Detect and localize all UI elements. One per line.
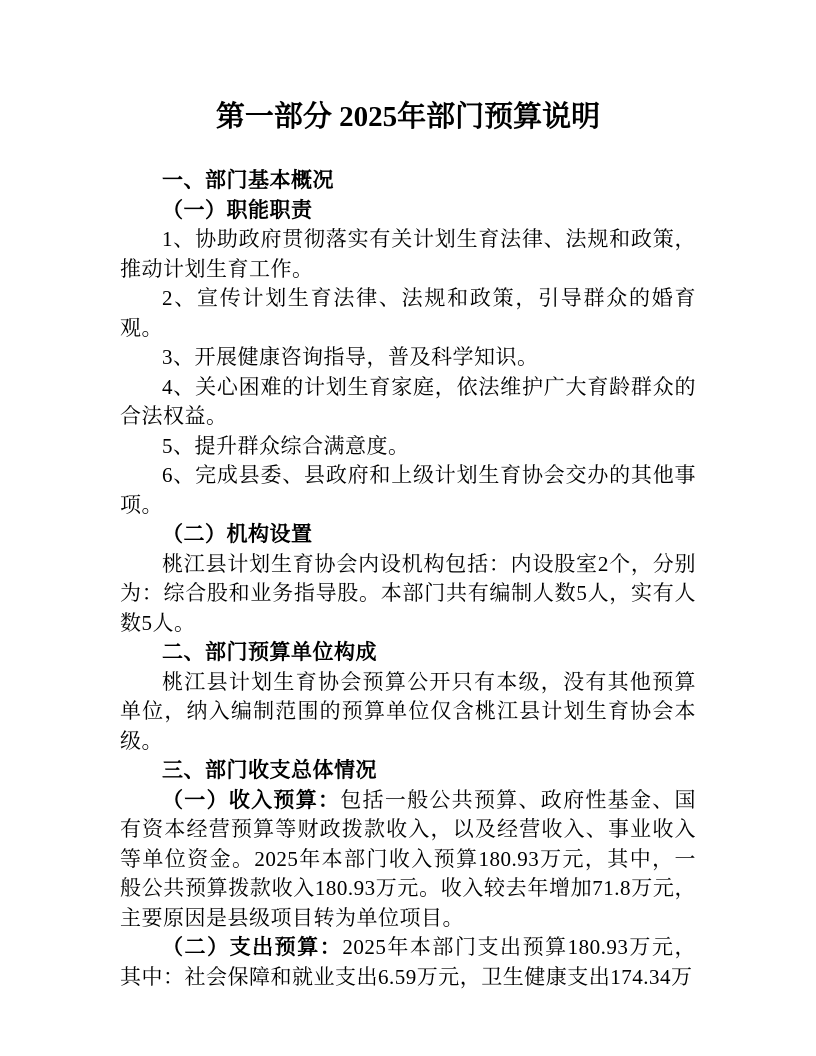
section-heading: 一、部门基本概况: [120, 166, 696, 196]
body-paragraph: （二）支出预算：2025年本部门支出预算180.93万元，其中：社会保障和就业支…: [120, 933, 696, 992]
paragraph-text: 桃江县计划生育协会预算公开只有本级，没有其他预算单位，纳入编制范围的预算单位仅含…: [120, 670, 696, 753]
document-title: 第一部分 2025年部门预算说明: [120, 97, 696, 137]
paragraph-text: 6、完成县委、县政府和上级计划生育协会交办的其他事项。: [120, 463, 696, 517]
section-heading: 二、部门预算单位构成: [120, 638, 696, 668]
body-paragraph: 6、完成县委、县政府和上级计划生育协会交办的其他事项。: [120, 461, 696, 520]
paragraph-text: 2、宣传计划生育法律、法规和政策，引导群众的婚育观。: [120, 286, 696, 340]
paragraph-text: 桃江县计划生育协会内设机构包括：内设股室2个，分别为：综合股和业务指导股。本部门…: [120, 552, 696, 635]
paragraph-text: 4、关心困难的计划生育家庭，依法维护广大育龄群众的合法权益。: [120, 375, 696, 429]
paragraph-lead-label: （二）支出预算：: [162, 936, 342, 959]
document-body: 一、部门基本概况（一）职能职责1、协助政府贯彻落实有关计划生育法律、法规和政策，…: [120, 166, 696, 992]
body-paragraph: 4、关心困难的计划生育家庭，依法维护广大育龄群众的合法权益。: [120, 373, 696, 432]
paragraph-text: 1、协助政府贯彻落实有关计划生育法律、法规和政策，推动计划生育工作。: [120, 227, 696, 281]
paragraph-lead-label: （一）收入预算：: [162, 789, 340, 812]
body-paragraph: 3、开展健康咨询指导，普及科学知识。: [120, 343, 696, 373]
heading-text: 二、部门预算单位构成: [162, 641, 377, 664]
heading-text: （一）职能职责: [162, 199, 313, 222]
section-heading: 三、部门收支总体情况: [120, 756, 696, 786]
section-heading: （二）机构设置: [120, 520, 696, 550]
heading-text: 三、部门收支总体情况: [162, 759, 377, 782]
paragraph-text: 5、提升群众综合满意度。: [162, 434, 410, 458]
body-paragraph: （一）收入预算：包括一般公共预算、政府性基金、国有资本经营预算等财政拨款收入，以…: [120, 786, 696, 934]
body-paragraph: 2、宣传计划生育法律、法规和政策，引导群众的婚育观。: [120, 284, 696, 343]
paragraph-text: 3、开展健康咨询指导，普及科学知识。: [162, 345, 539, 369]
body-paragraph: 1、协助政府贯彻落实有关计划生育法律、法规和政策，推动计划生育工作。: [120, 225, 696, 284]
body-paragraph: 桃江县计划生育协会预算公开只有本级，没有其他预算单位，纳入编制范围的预算单位仅含…: [120, 668, 696, 757]
body-paragraph: 桃江县计划生育协会内设机构包括：内设股室2个，分别为：综合股和业务指导股。本部门…: [120, 550, 696, 639]
body-paragraph: 5、提升群众综合满意度。: [120, 432, 696, 462]
section-heading: （一）职能职责: [120, 196, 696, 226]
heading-text: （二）机构设置: [162, 523, 313, 546]
document-page: 第一部分 2025年部门预算说明 一、部门基本概况（一）职能职责1、协助政府贯彻…: [0, 0, 816, 1056]
heading-text: 一、部门基本概况: [162, 169, 334, 192]
